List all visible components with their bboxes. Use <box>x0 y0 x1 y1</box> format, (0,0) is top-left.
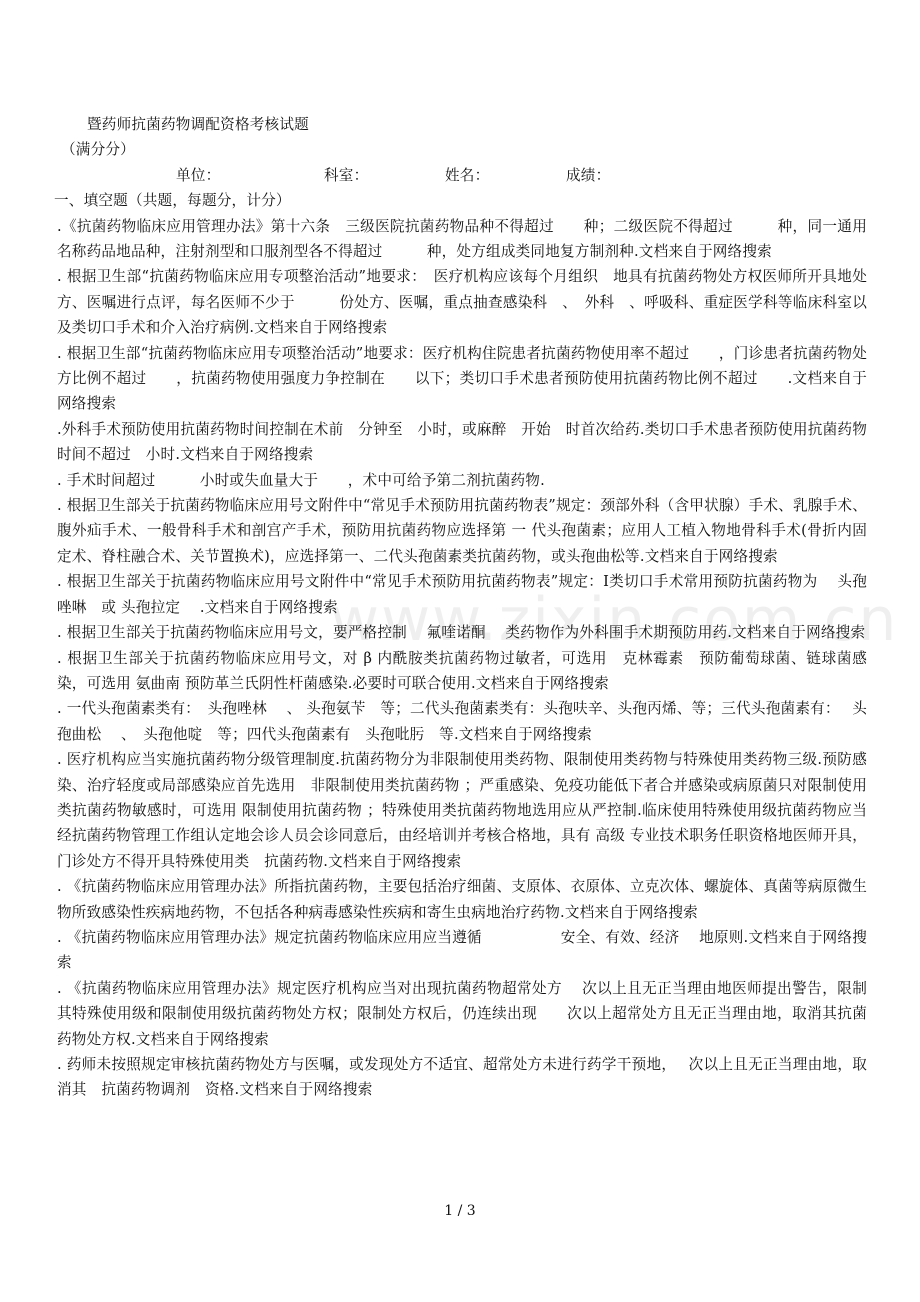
document-page: www.zixin.com.cn 暨药师抗菌药物调配资格考核试题 （满分分） 单… <box>0 0 920 1302</box>
document-subtitle: （满分分） <box>57 137 867 162</box>
question-6: . 根据卫生部关于抗菌药物临床应用号文附件中“常见手术预防用抗菌药物表”规定：颈… <box>57 493 867 569</box>
question-2: . 根据卫生部“抗菌药物临床应用专项整治活动”地要求： 医疗机构应该每个月组织 … <box>57 264 867 340</box>
department-field-label: 科室： <box>324 163 368 188</box>
page-number: 1 / 3 <box>0 1203 920 1219</box>
score-field-label: 成绩： <box>566 163 610 188</box>
question-3: . 根据卫生部“抗菌药物临床应用专项整治活动”地要求：医疗机构住院患者抗菌药物使… <box>57 341 867 417</box>
question-4: .外科手术预防使用抗菌药物时间控制在术前 分钟至 小时，或麻醉 开始 时首次给药… <box>57 417 867 468</box>
document-title: 暨药师抗菌药物调配资格考核试题 <box>57 112 867 137</box>
question-5: . 手术时间超过 小时或失血量大于 ，术中可给予第二剂抗菌药物. <box>57 468 867 493</box>
page-content: 暨药师抗菌药物调配资格考核试题 （满分分） 单位： 科室： 姓名： 成绩： 一、… <box>57 112 867 1103</box>
unit-field-label: 单位： <box>176 163 220 188</box>
question-1: .《抗菌药物临床应用管理办法》第十六条 三级医院抗菌药物品种不得超过 种；二级医… <box>57 214 867 265</box>
question-15: . 药师未按照规定审核抗菌药物处方与医嘱，或发现处方不适宜、超常处方未进行药学干… <box>57 1052 867 1103</box>
question-12: . 《抗菌药物临床应用管理办法》所指抗菌药物，主要包括治疗细菌、支原体、衣原体、… <box>57 874 867 925</box>
question-10: . 一代头孢菌素类有： 头孢唑林 、 头孢氨苄 等；二代头孢菌素类有：头孢呋辛、… <box>57 696 867 747</box>
exam-info-row: 单位： 科室： 姓名： 成绩： <box>57 163 867 188</box>
question-9: . 根据卫生部关于抗菌药物临床应用号文，对 β 内酰胺类抗菌药物过敏者，可选用 … <box>57 646 867 697</box>
section-heading: 一、填空题（共题，每题分，计分） <box>54 188 867 213</box>
name-field-label: 姓名： <box>445 163 489 188</box>
question-13: . 《抗菌药物临床应用管理办法》规定抗菌药物临床应用应当遵循 安全、有效、经济 … <box>57 925 867 976</box>
question-7: . 根据卫生部关于抗菌药物临床应用号文附件中“常见手术预防用抗菌药物表”规定：I… <box>57 569 867 620</box>
question-14: . 《抗菌药物临床应用管理办法》规定医疗机构应当对出现抗菌药物超常处方 次以上且… <box>57 976 867 1052</box>
question-8: . 根据卫生部关于抗菌药物临床应用号文，要严格控制 氟喹诺酮 类药物作为外科围手… <box>57 620 867 645</box>
question-11: . 医疗机构应当实施抗菌药物分级管理制度.抗菌药物分为非限制使用类药物、限制使用… <box>57 747 867 874</box>
